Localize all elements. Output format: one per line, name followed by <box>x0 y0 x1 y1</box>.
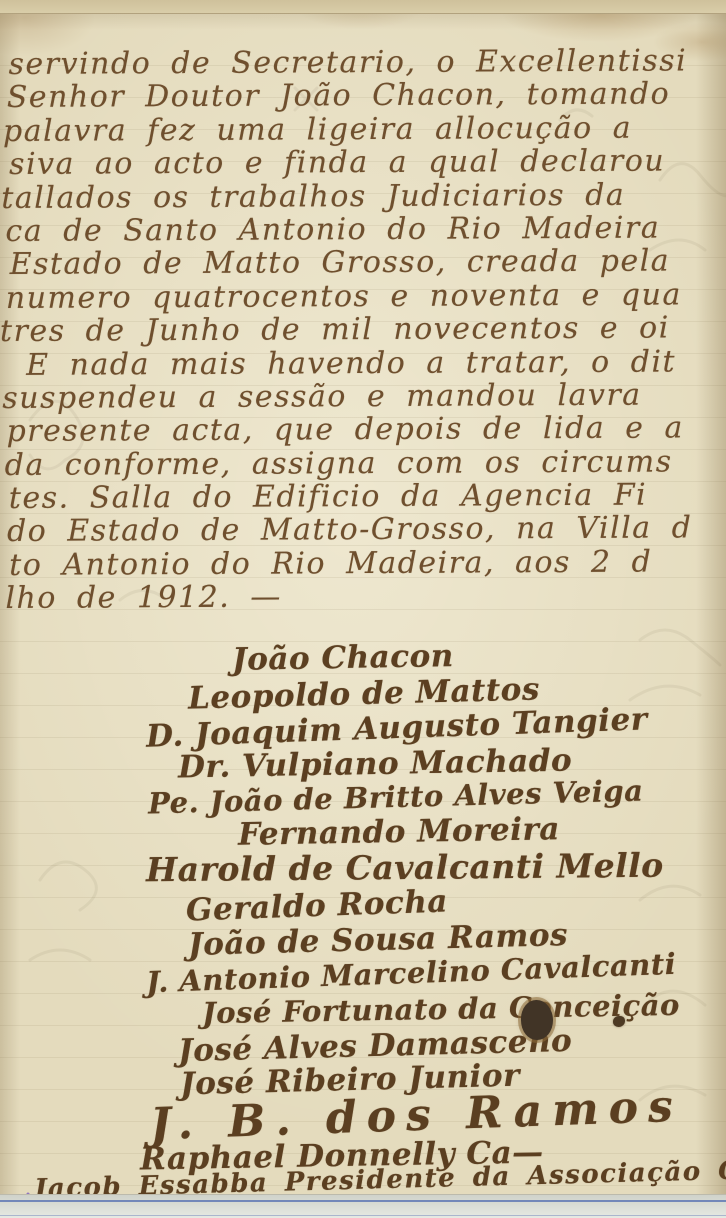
ruled-blue-line <box>0 1200 726 1202</box>
paper-hole <box>521 1000 553 1040</box>
ruled-blue-line-faint <box>0 1215 726 1216</box>
manuscript-page: servindo de Secretario, o Excellentissi … <box>0 0 726 1218</box>
signature-block: João Chacon Leopoldo de Mattos D. Joaqui… <box>0 0 726 1218</box>
signature: João Chacon <box>232 638 454 678</box>
signature: Harold de Cavalcanti Mello <box>146 846 664 890</box>
bottom-page-edge <box>0 1194 726 1218</box>
signature: José Fortunato da Conceição <box>202 988 680 1030</box>
